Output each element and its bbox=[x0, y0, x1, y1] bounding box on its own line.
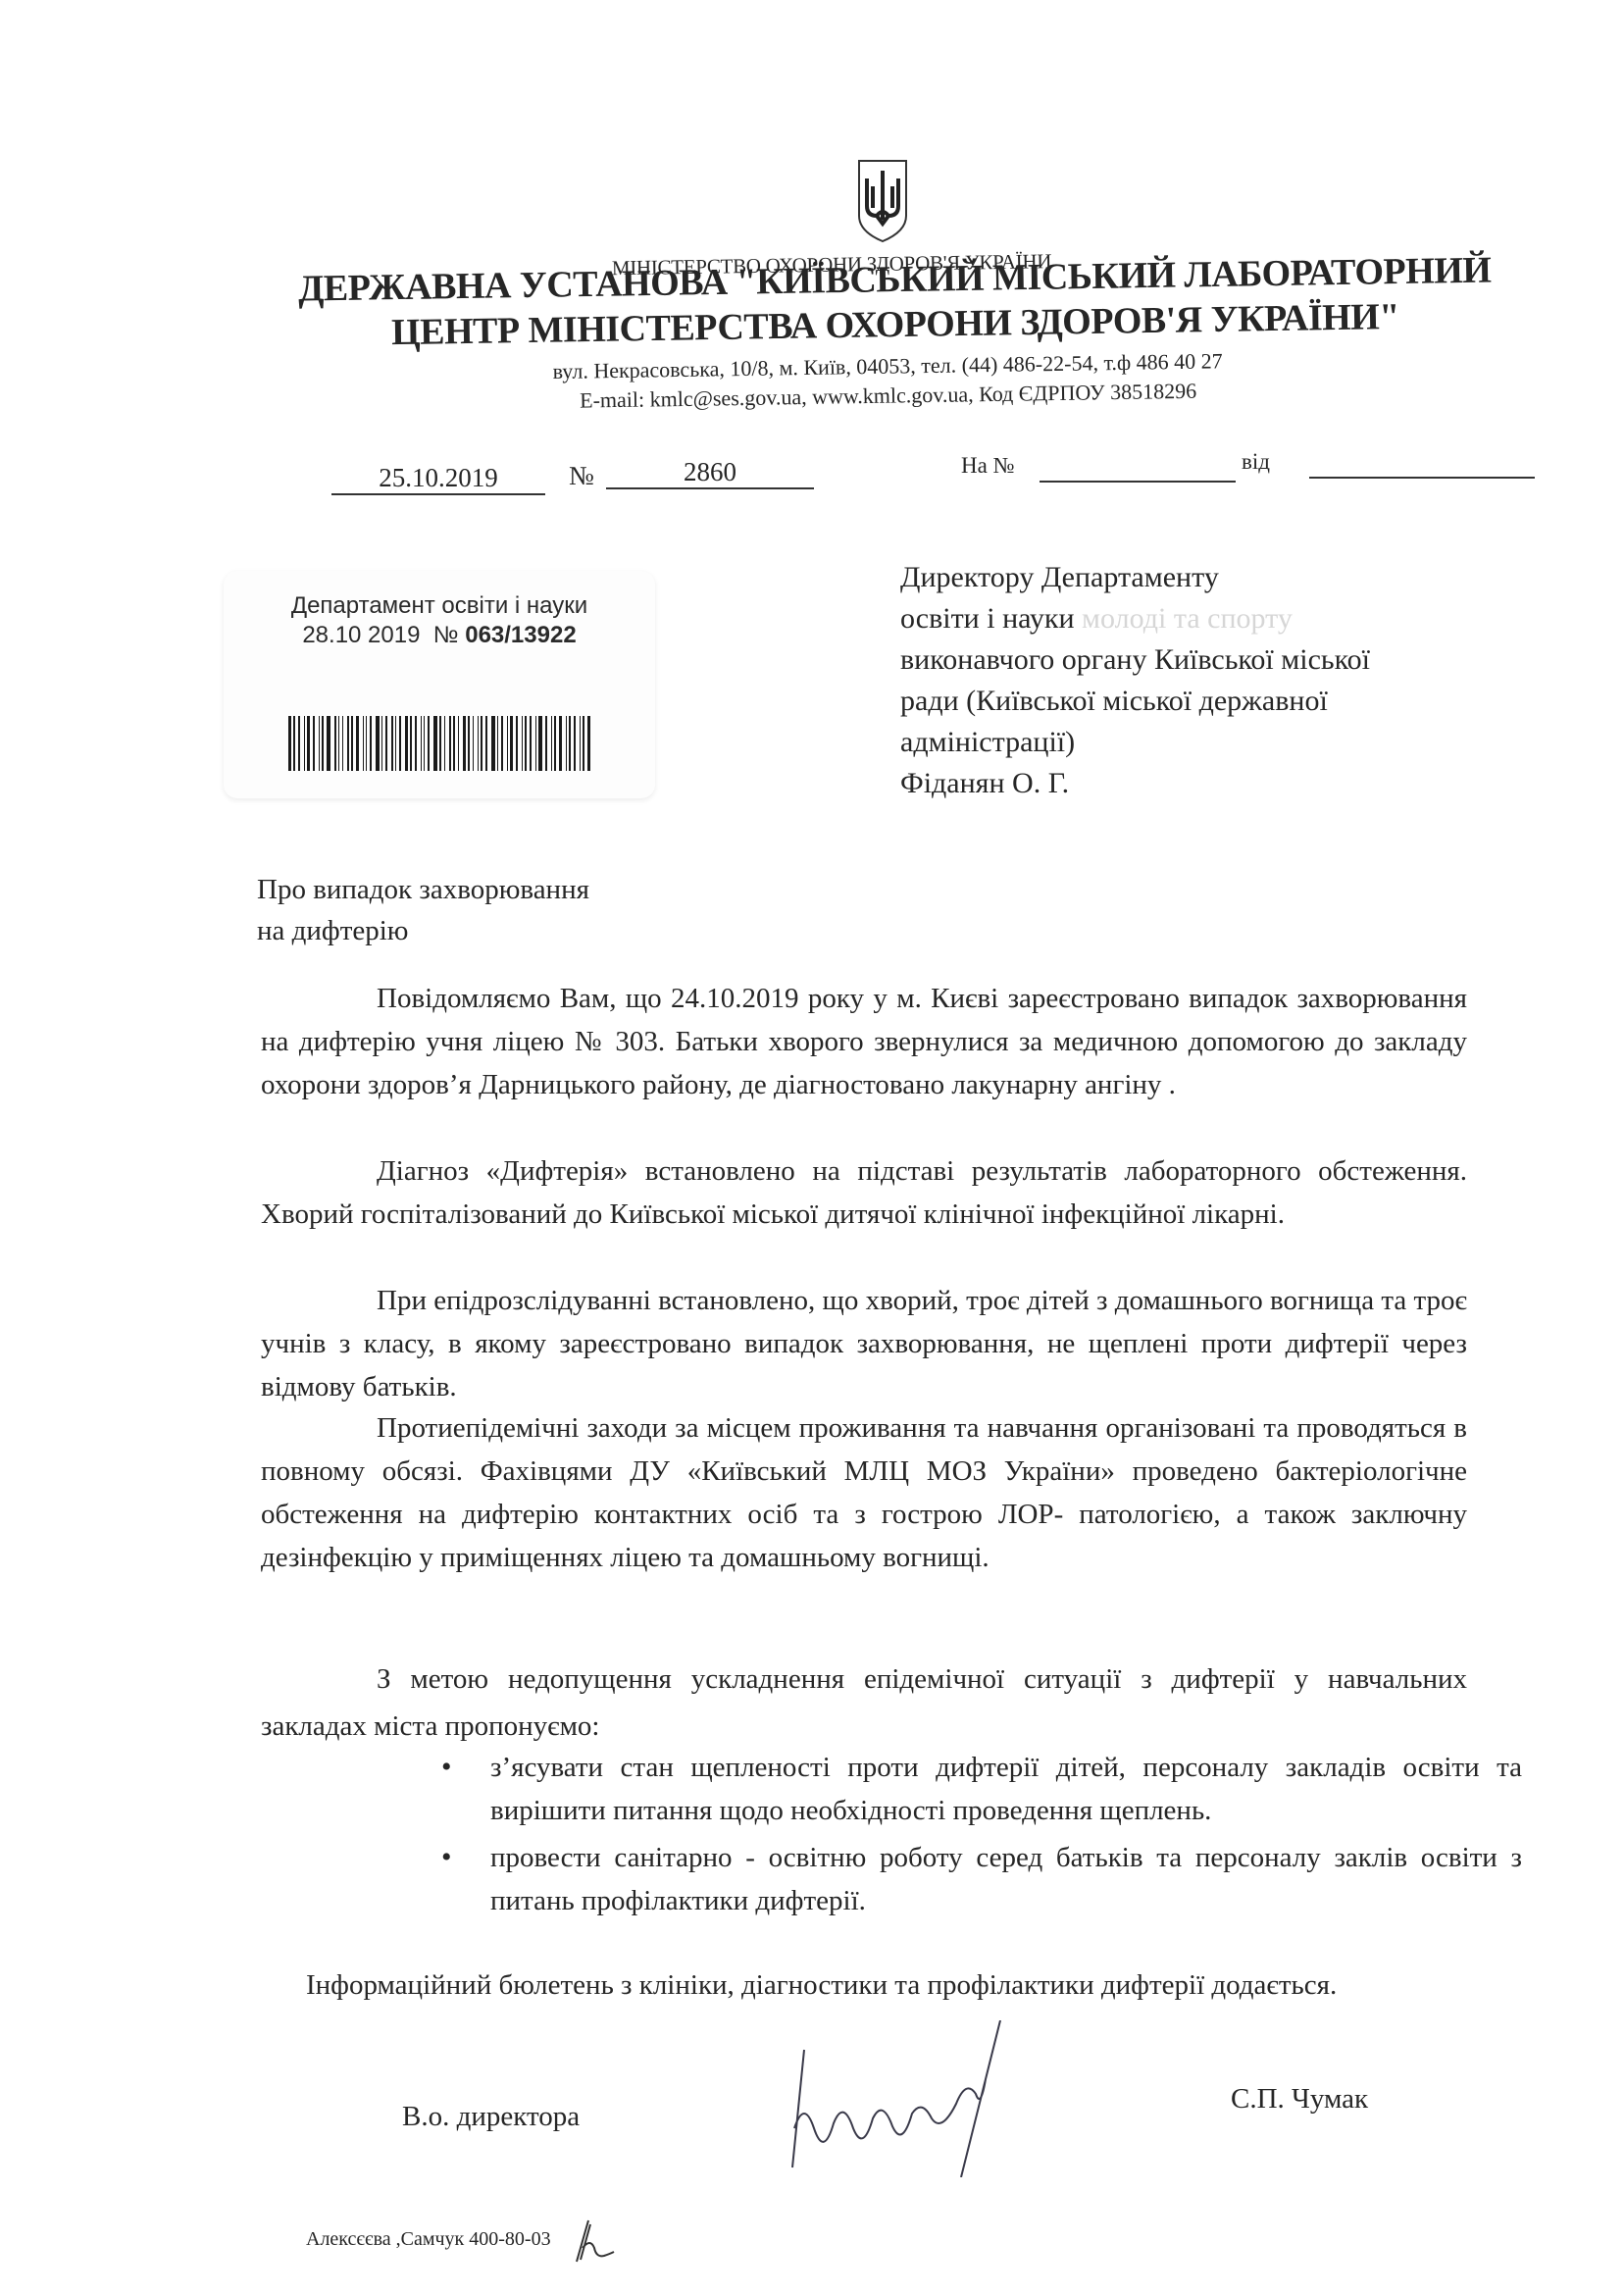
outgoing-date: 25.10.2019 bbox=[331, 463, 545, 495]
addressee-line: виконавчого органу Київської міської bbox=[900, 639, 1370, 681]
reply-to-field bbox=[1040, 481, 1236, 483]
incoming-registration-stamp: Департамент освіти і науки 28.10 2019 № … bbox=[224, 571, 655, 798]
reply-to-label: На № bbox=[961, 453, 1015, 479]
faded-text: молоді та спорту bbox=[1082, 602, 1293, 635]
proposal-intro: З метою недопущення ускладнення епідеміч… bbox=[261, 1656, 1467, 1750]
stamp-number: 063/13922 bbox=[465, 622, 576, 648]
addressee-name: Фіданян О. Г. bbox=[900, 763, 1370, 804]
addressee-line: адміністрації) bbox=[900, 722, 1370, 763]
subject-line-1: Про випадок захворювання bbox=[257, 869, 589, 910]
addressee-line: освіти і науки молоді та спорту bbox=[900, 598, 1370, 639]
outgoing-number: 2860 bbox=[606, 457, 814, 489]
barcode-icon bbox=[288, 716, 600, 771]
body-paragraph: При епідрозслідуванні встановлено, що хв… bbox=[261, 1279, 1467, 1408]
proposal-item: провести санітарно - освітню роботу сере… bbox=[433, 1836, 1522, 1922]
attachment-note: Інформаційний бюлетень з клініки, діагно… bbox=[306, 1962, 1532, 2009]
addressee-block: Директору Департаменту освіти і науки мо… bbox=[900, 557, 1370, 804]
stamp-department: Департамент освіти і науки bbox=[224, 592, 655, 620]
signatory-name: С.П. Чумак bbox=[1231, 2083, 1368, 2116]
letter-subject: Про випадок захворювання на дифтерію bbox=[257, 869, 589, 951]
from-field bbox=[1309, 477, 1535, 479]
handwritten-signature-icon bbox=[765, 2020, 1079, 2177]
body-paragraph: Повідомляємо Вам, що 24.10.2019 року у м… bbox=[261, 977, 1467, 1106]
proposal-item: з’ясувати стан щепленості проти дифтерії… bbox=[433, 1746, 1522, 1832]
contacts: вул. Некрасовська, 10/8, м. Київ, 04053,… bbox=[431, 344, 1345, 418]
organization-title: ДЕРЖАВНА УСТАНОВА "КИЇВСЬКИЙ МІСЬКИЙ ЛАБ… bbox=[277, 247, 1513, 357]
subject-line-2: на дифтерію bbox=[257, 910, 589, 951]
stamp-date: 28.10 2019 bbox=[302, 622, 420, 648]
outgoing-number-label: № bbox=[569, 461, 594, 491]
addressee-line: Директору Департаменту bbox=[900, 557, 1370, 598]
from-label: від bbox=[1242, 449, 1270, 475]
proposal-list: з’ясувати стан щепленості проти дифтерії… bbox=[433, 1746, 1522, 1926]
addressee-line: ради (Київської міської державної bbox=[900, 681, 1370, 722]
stamp-date-number: 28.10 2019 № 063/13922 bbox=[224, 622, 655, 649]
stamp-number-label: № bbox=[433, 622, 459, 648]
signatory-title: В.о. директора bbox=[402, 2101, 580, 2133]
body-paragraph: Протиепідемічні заходи за місцем прожива… bbox=[261, 1406, 1467, 1579]
body-paragraph: Діагноз «Дифтерія» встановлено на підста… bbox=[261, 1149, 1467, 1236]
ukraine-coat-of-arms-icon bbox=[855, 157, 910, 245]
initials-mark-icon bbox=[571, 2218, 620, 2264]
executors-contact: Алексєєва ,Самчук 400-80-03 bbox=[306, 2228, 551, 2251]
